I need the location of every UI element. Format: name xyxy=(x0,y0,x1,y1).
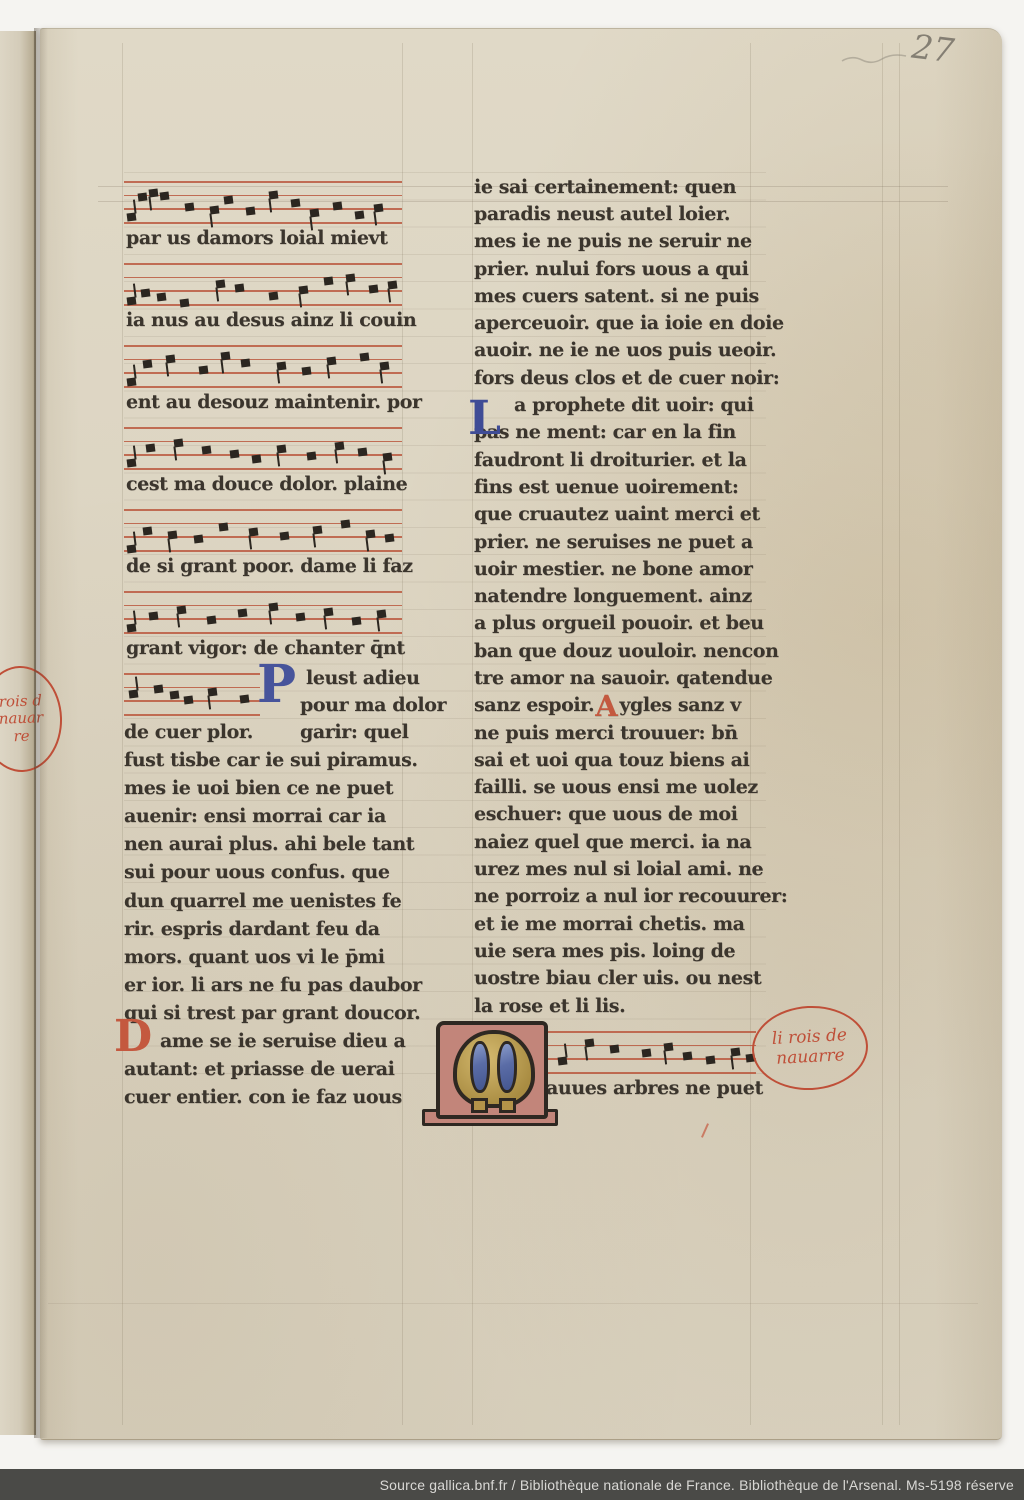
music-staff xyxy=(124,509,402,551)
staff-line xyxy=(548,1031,756,1033)
music-note xyxy=(160,192,170,201)
text-line: cuer entier. con ie faz uous xyxy=(124,1083,422,1111)
text-line: mes ie uoi bien ce ne puet xyxy=(124,774,422,802)
music-note xyxy=(143,360,153,369)
music-note xyxy=(301,366,311,375)
staff-line xyxy=(548,1045,756,1047)
music-note xyxy=(174,439,184,448)
text-line: mes ie ne puis ne seruir ne xyxy=(474,228,787,255)
pencil-squiggle xyxy=(840,49,910,67)
music-note xyxy=(176,606,186,615)
initial-m-panel xyxy=(470,1041,490,1093)
music-note xyxy=(126,544,136,553)
ruling-line xyxy=(882,43,883,1425)
music-note xyxy=(313,525,323,534)
music-note xyxy=(201,446,211,455)
music-note xyxy=(249,528,259,537)
text-line: fors deus clos et de cuer noir: xyxy=(474,364,787,391)
music-note xyxy=(126,458,136,467)
music-note xyxy=(346,274,356,283)
text-line: aperceuoir. que ia ioie en doie xyxy=(474,309,787,336)
music-note xyxy=(377,610,387,619)
music-note xyxy=(126,297,136,306)
text-line: urez mes nul si loial ami. ne xyxy=(474,855,787,882)
music-note xyxy=(268,603,278,612)
music-staff xyxy=(124,427,402,469)
music-note xyxy=(683,1051,693,1060)
staff-line xyxy=(548,1072,756,1074)
staff-line xyxy=(124,208,402,210)
lyric-line: de si grant poor. dame li faz xyxy=(126,555,413,577)
staff-line xyxy=(124,290,402,292)
music-note xyxy=(276,361,286,370)
music-staff xyxy=(124,591,402,633)
text-line: ne puis merci trouuer: bn̄ xyxy=(474,719,787,746)
text-line: tre amor na sauoir. qatendue xyxy=(474,664,787,691)
music-note xyxy=(326,357,336,366)
annotation-line: nauarre xyxy=(776,1046,845,1069)
lyric-line: cest ma douce dolor. plaine xyxy=(126,473,407,495)
music-note xyxy=(374,204,384,213)
text-line: ame se ie seruise dieu a xyxy=(124,1027,422,1055)
red-ink-mark xyxy=(701,1123,709,1138)
text-line: paradis neust autel loier. xyxy=(474,200,787,227)
music-note xyxy=(382,453,392,462)
music-note xyxy=(268,291,278,300)
text-line: la rose et li lis. xyxy=(474,992,787,1019)
text-line: ne porroiz a nul ior recouurer: xyxy=(474,883,787,910)
music-note xyxy=(149,611,159,620)
text-line: fins est uenue uoirement: xyxy=(474,473,787,500)
staff-line xyxy=(124,714,260,716)
music-note xyxy=(129,689,139,698)
text-line: de cuer plor. xyxy=(124,721,253,743)
music-note xyxy=(365,529,375,538)
lyric-line: par us damors loial mievt xyxy=(126,227,388,249)
music-note xyxy=(235,283,245,292)
music-note xyxy=(641,1048,651,1057)
text-line: ie sai certainement: quen xyxy=(474,173,787,200)
text-line: mes cuers satent. si ne puis xyxy=(474,282,787,309)
folio-number: 27 xyxy=(910,27,956,71)
music-note xyxy=(143,526,153,535)
text-line: sui pour uous confus. que xyxy=(124,858,422,886)
initial-m-letterform xyxy=(453,1030,535,1108)
staff-line xyxy=(124,550,402,552)
music-note xyxy=(170,690,180,699)
music-note xyxy=(268,190,278,199)
music-note xyxy=(183,696,193,705)
text-line: uoir mestier. ne bone amor xyxy=(474,555,787,582)
text-line: que cruautez uaint merci et xyxy=(474,501,787,528)
music-note xyxy=(324,607,334,616)
music-note xyxy=(246,207,256,216)
book-gutter-crease xyxy=(34,28,48,1438)
text-line: fust tisbe car ie sui piramus. xyxy=(124,746,422,774)
music-note xyxy=(126,377,136,386)
music-note xyxy=(310,208,320,217)
text-line: auenir: ensi morrai car ia xyxy=(124,802,422,830)
staff-line xyxy=(124,222,402,224)
text-line: sanz espoir. Aygles sanz v xyxy=(474,692,787,719)
music-staff xyxy=(548,1031,756,1073)
music-note xyxy=(157,293,167,302)
music-note xyxy=(193,535,203,544)
staff-line xyxy=(124,536,402,538)
music-note xyxy=(179,298,189,307)
text-line: autant: et priasse de uerai xyxy=(124,1055,422,1083)
music-note xyxy=(239,694,249,703)
staff-line xyxy=(124,591,402,593)
illuminated-initial-p: P xyxy=(257,659,296,711)
staff-line xyxy=(124,441,402,443)
staff-line xyxy=(124,386,402,388)
music-note xyxy=(126,212,136,221)
text-line: pour ma dolor xyxy=(300,694,446,716)
music-note xyxy=(240,358,250,367)
music-note xyxy=(218,522,228,531)
ruling-line xyxy=(48,1303,978,1304)
text-line: uie sera mes pis. loing de xyxy=(474,937,787,964)
music-note xyxy=(224,196,234,205)
staff-line xyxy=(124,263,402,265)
text-line: pas ne ment: car en la fin xyxy=(474,419,787,446)
staff-line xyxy=(124,673,260,675)
staff-line xyxy=(124,523,402,525)
music-note xyxy=(385,533,395,542)
music-staff xyxy=(124,673,260,715)
right-text-column: ie sai certainement: quenparadis neust a… xyxy=(474,173,787,1019)
initial-m-panel xyxy=(497,1041,517,1093)
music-note xyxy=(357,447,367,456)
lyric-line: auues arbres ne puet xyxy=(546,1077,763,1099)
staff-line xyxy=(124,509,402,511)
text-line: nen aurai plus. ahi bele tant xyxy=(124,830,422,858)
staff-line xyxy=(124,605,402,607)
initial-m-foot xyxy=(499,1098,516,1113)
music-note xyxy=(296,612,306,621)
music-note xyxy=(279,532,289,541)
text-line: naiez quel que merci. ia na xyxy=(474,828,787,855)
music-note xyxy=(210,205,220,214)
music-note xyxy=(149,189,159,198)
text-line: qui si trest par grant doucor. xyxy=(124,999,422,1027)
text-line: er ior. li ars ne fu pas daubor xyxy=(124,971,422,999)
text-line: leust adieu xyxy=(306,667,420,689)
annotation-line: re xyxy=(13,727,30,745)
illuminated-initial-m xyxy=(436,1021,548,1119)
music-note xyxy=(354,211,364,220)
text-line: faudront li droiturier. et la xyxy=(474,446,787,473)
music-note xyxy=(585,1039,595,1048)
initial-m-foot xyxy=(471,1098,488,1113)
source-footer: Source gallica.bnf.fr / Bibliothèque nat… xyxy=(0,1469,1024,1500)
music-note xyxy=(558,1057,568,1066)
music-note xyxy=(664,1043,674,1052)
music-note xyxy=(168,530,178,539)
footer-text: Source gallica.bnf.fr / Bibliothèque nat… xyxy=(380,1477,1014,1493)
staff-line xyxy=(124,687,260,689)
music-note xyxy=(199,365,209,374)
text-line: eschuer: que uous de moi xyxy=(474,801,787,828)
text-line: mors. quant uos vi le p̄mi xyxy=(124,943,422,971)
music-note xyxy=(165,354,175,363)
staff-line xyxy=(124,181,402,183)
ruling-line xyxy=(899,43,900,1425)
text-line: uostre biau cler uis. ou nest xyxy=(474,965,787,992)
ruling-line xyxy=(122,43,123,1425)
music-note xyxy=(126,623,136,632)
text-line: a plus orgueil pouoir. et beu xyxy=(474,610,787,637)
music-note xyxy=(307,451,317,460)
red-initial-d: D xyxy=(114,1015,152,1059)
staff-line xyxy=(124,427,402,429)
music-note xyxy=(207,615,217,624)
music-note xyxy=(324,276,334,285)
music-note xyxy=(238,608,248,617)
music-note xyxy=(340,520,350,529)
text-line: prier. nului fors uous a qui xyxy=(474,255,787,282)
text-line: failli. se uous ensi me uolez xyxy=(474,774,787,801)
music-note xyxy=(351,617,361,626)
music-note xyxy=(610,1044,620,1053)
text-line: et ie me morrai chetis. ma xyxy=(474,910,787,937)
music-note xyxy=(731,1047,741,1056)
music-staff xyxy=(124,345,402,387)
music-note xyxy=(140,289,150,298)
staff-line xyxy=(124,632,402,634)
music-note xyxy=(221,351,231,360)
staff-line xyxy=(548,1058,756,1060)
music-note xyxy=(137,193,147,202)
text-line: a prophete dit uoir: qui xyxy=(474,391,787,418)
text-line: prier. ne seruises ne puet a xyxy=(474,528,787,555)
music-note xyxy=(276,444,286,453)
text-line: rir. espris dardant feu da xyxy=(124,915,422,943)
music-note xyxy=(368,284,378,293)
text-line: natendre longuement. ainz xyxy=(474,582,787,609)
blue-initial-l: L xyxy=(468,395,501,442)
music-note xyxy=(185,202,195,211)
music-note xyxy=(335,442,345,451)
text-line: dun quarrel me uenistes fe xyxy=(124,886,422,914)
staff-line xyxy=(124,304,402,306)
music-note xyxy=(379,361,389,370)
text-line: garir: quel xyxy=(300,721,408,743)
text-line: ban que douz uouloir. nencon xyxy=(474,637,787,664)
lyric-line: ent au desouz maintenir. por xyxy=(126,391,422,413)
staff-line xyxy=(124,468,402,470)
staff-line xyxy=(124,277,402,279)
red-initial-a: A xyxy=(595,689,617,723)
music-note xyxy=(706,1055,716,1064)
music-note xyxy=(388,280,398,289)
left-text-column: fust tisbe car ie sui piramus.mes ie uoi… xyxy=(124,746,422,1111)
music-note xyxy=(229,450,239,459)
music-note xyxy=(251,454,261,463)
lyric-line: ia nus au desus ainz li couin xyxy=(126,309,416,331)
music-note xyxy=(208,688,218,697)
music-note xyxy=(299,286,309,295)
music-note xyxy=(153,685,163,694)
music-note xyxy=(215,279,225,288)
text-line: sai et uoi qua touz biens ai xyxy=(474,746,787,773)
music-note xyxy=(290,198,300,207)
staff-line xyxy=(124,345,402,347)
music-note xyxy=(332,201,342,210)
manuscript-page: 27 par us damors loial mievtia nus au de… xyxy=(40,28,1002,1440)
music-staff xyxy=(124,181,402,223)
music-note xyxy=(360,353,370,362)
music-staff xyxy=(124,263,402,305)
text-line: auoir. ne ie ne uos puis ueoir. xyxy=(474,337,787,364)
music-note xyxy=(146,443,156,452)
